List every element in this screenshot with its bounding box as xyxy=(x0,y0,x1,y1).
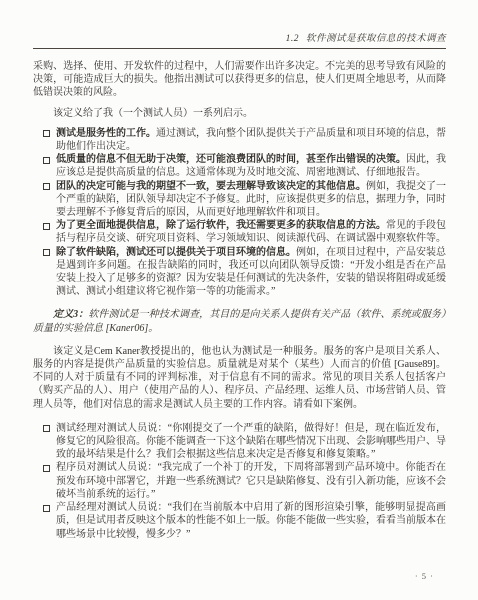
square-bullet-icon xyxy=(43,249,50,256)
list-item-text: 团队的决定可能与我的期望不一致，要去理解导致该决定的其他信息。例如，我提交了一个… xyxy=(56,180,446,220)
list-item-text: 为了更全面地提供信息，除了运行软件，我还需要更多的获取信息的方法。常见的手段包括… xyxy=(56,219,446,245)
list-item: 测试经理对测试人员说：“你刚提交了一个严重的缺陷，做得好！但是，现在临近发布，修… xyxy=(33,422,446,462)
square-bullet-icon xyxy=(43,505,50,512)
list-item: 团队的决定可能与我的期望不一致，要去理解导致该决定的其他信息。例如，我提交了一个… xyxy=(33,180,446,220)
paragraph-kaner: 该定义是Cem Kaner教授提出的，他也认为测试是一种服务。服务的客户是项目关… xyxy=(33,345,446,411)
paragraph-lead-in: 该定义给了我（一个测试人员）一系列启示。 xyxy=(33,107,446,120)
square-bullet-icon xyxy=(43,130,50,137)
list-item-lead: 团队的决定可能与我的期望不一致，要去理解导致该决定的其他信息。 xyxy=(56,181,366,192)
list-item-text: 测试是服务性的工作。通过测试，我向整个团队提供关于产品质量和项目环境的信息，帮助… xyxy=(56,127,446,153)
case-text: 程序员对测试人员说：“我完成了一个补丁的开发，下周将部署到产品环境中。你能否在预… xyxy=(56,461,446,501)
square-bullet-icon xyxy=(43,223,50,230)
square-bullet-icon xyxy=(43,157,50,164)
list-item: 低质量的信息不但无助于决策，还可能浪费团队的时间，甚至作出错误的决策。因此，我应… xyxy=(33,153,446,179)
definition-text: 软件测试是一种技术调查，其目的是向关系人提供有关产品（软件、系统或服务）质量的实… xyxy=(33,309,446,333)
case-text: 产品经理对测试人员说：“我们在当前版本中启用了新的图形渲染引擎，能够明显提高画质… xyxy=(56,501,446,541)
list-item-lead: 除了软件缺陷，测试还可以提供关于项目环境的信息。 xyxy=(56,247,296,258)
list-item-lead: 低质量的信息不但无助于决策，还可能浪费团队的时间，甚至作出错误的决策。 xyxy=(56,154,406,165)
square-bullet-icon xyxy=(43,183,50,190)
definition-3: 定义3：软件测试是一种技术调查，其目的是向关系人提供有关产品（软件、系统或服务）… xyxy=(33,308,446,334)
list-item-text: 除了软件缺陷，测试还可以提供关于项目环境的信息。例如，在项目过程中，产品安装总是… xyxy=(56,246,446,299)
square-bullet-icon xyxy=(43,425,50,432)
book-page: 1.2软件测试是获取信息的技术调查 采购、选择、使用、开发软件的过程中，人们需要… xyxy=(0,0,478,600)
list-item: 产品经理对测试人员说：“我们在当前版本中启用了新的图形渲染引擎，能够明显提高画质… xyxy=(33,501,446,541)
list-item-lead: 为了更全面地提供信息，除了运行软件，我还需要更多的获取信息的方法。 xyxy=(56,220,386,231)
section-title: 软件测试是获取信息的技术调查 xyxy=(306,34,446,44)
paragraph-intro: 采购、选择、使用、开发软件的过程中，人们需要作出许多决定。不完美的思考导致有风险… xyxy=(33,60,446,100)
square-bullet-icon xyxy=(43,465,50,472)
running-header: 1.2软件测试是获取信息的技术调查 xyxy=(33,30,446,48)
definition-label: 定义3： xyxy=(53,309,88,320)
list-item: 除了软件缺陷，测试还可以提供关于项目环境的信息。例如，在项目过程中，产品安装总是… xyxy=(33,246,446,299)
case-text: 测试经理对测试人员说：“你刚提交了一个严重的缺陷，做得好！但是，现在临近发布，修… xyxy=(56,422,446,462)
insights-list: 测试是服务性的工作。通过测试，我向整个团队提供关于产品质量和项目环境的信息，帮助… xyxy=(33,127,446,299)
list-item: 为了更全面地提供信息，除了运行软件，我还需要更多的获取信息的方法。常见的手段包括… xyxy=(33,219,446,245)
section-number: 1.2 xyxy=(286,34,299,44)
header-rule xyxy=(33,48,446,49)
list-item: 测试是服务性的工作。通过测试，我向整个团队提供关于产品质量和项目环境的信息，帮助… xyxy=(33,127,446,153)
cases-list: 测试经理对测试人员说：“你刚提交了一个严重的缺陷，做得好！但是，现在临近发布，修… xyxy=(33,422,446,541)
list-item-text: 低质量的信息不但无助于决策，还可能浪费团队的时间，甚至作出错误的决策。因此，我应… xyxy=(56,153,446,179)
page-number: · 5 · xyxy=(415,571,434,581)
list-item-lead: 测试是服务性的工作。 xyxy=(56,128,156,139)
list-item: 程序员对测试人员说：“我完成了一个补丁的开发，下周将部署到产品环境中。你能否在预… xyxy=(33,461,446,501)
